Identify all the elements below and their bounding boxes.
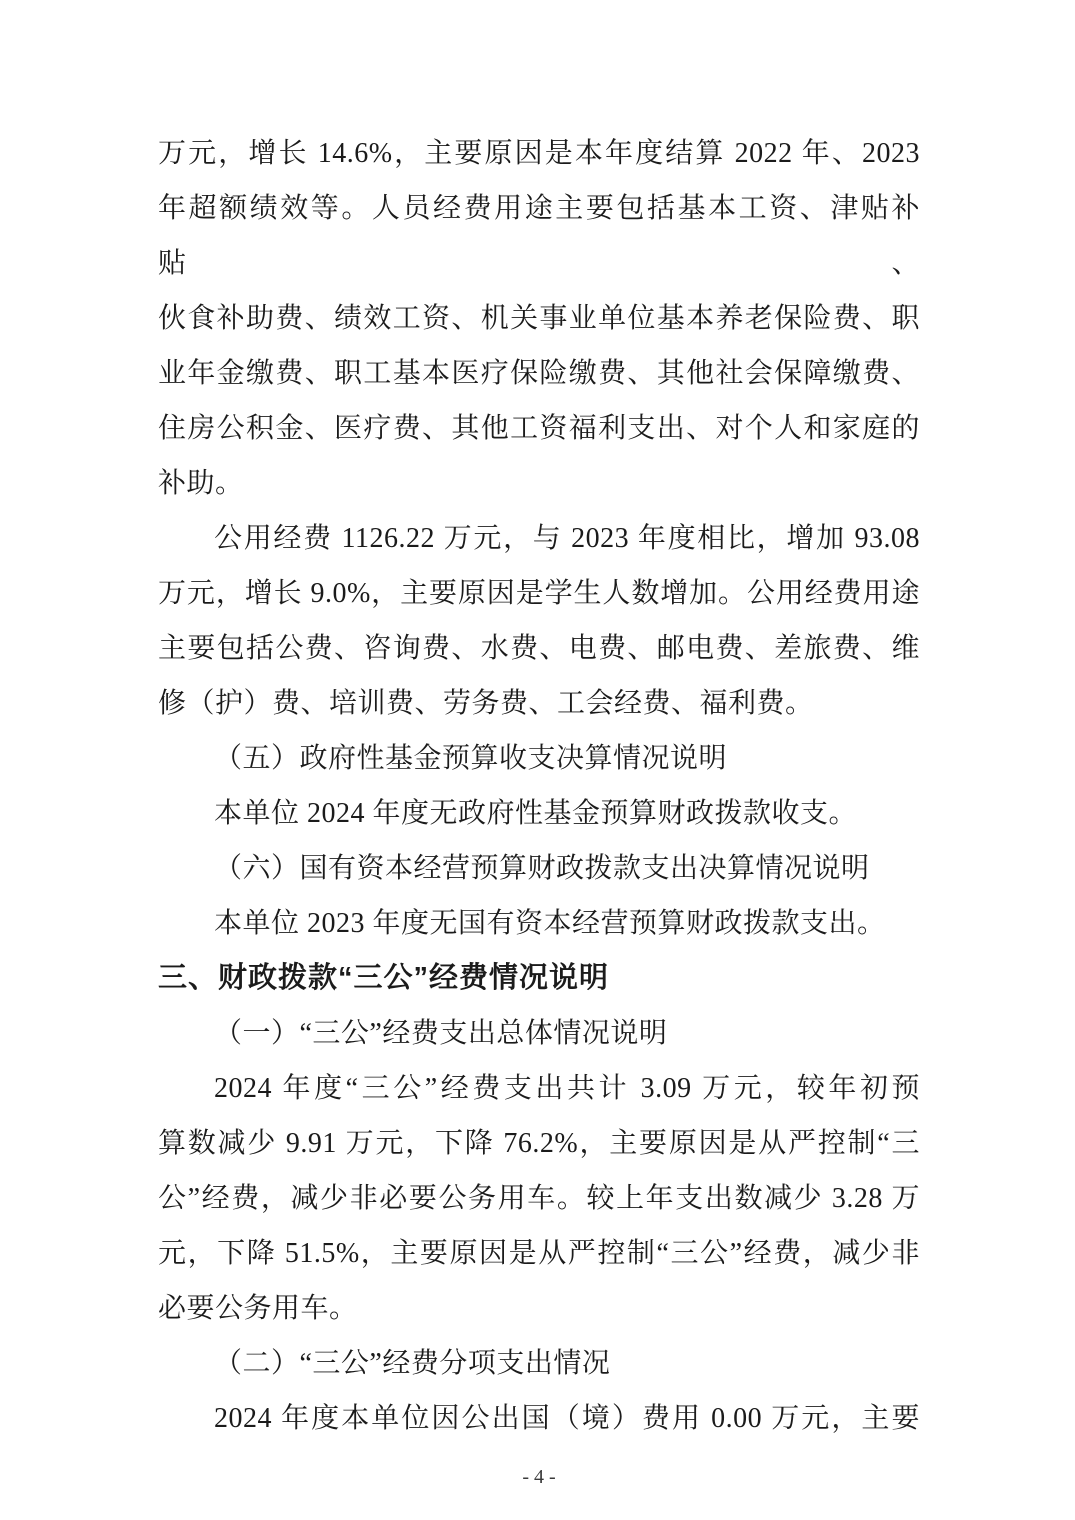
paragraph-line: 年超额绩效等。人员经费用途主要包括基本工资、津贴补贴、 (158, 181, 920, 291)
paragraph-line: 元，下降 51.5%，主要原因是从严控制“三公”经费，减少非 (158, 1226, 920, 1281)
paragraph-line: 本单位 2024 年度无政府性基金预算财政拨款收支。 (158, 786, 920, 841)
document-page: 万元，增长 14.6%，主要原因是本年度结算 2022 年、2023年超额绩效等… (0, 0, 1075, 1520)
paragraph-line: 业年金缴费、职工基本医疗保险缴费、其他社会保障缴费、 (158, 346, 920, 401)
paragraph-line: 2024 年度本单位因公出国（境）费用 0.00 万元，主要 (158, 1391, 920, 1446)
paragraph-line: 本单位 2023 年度无国有资本经营预算财政拨款支出。 (158, 896, 920, 951)
paragraph-line: 必要公务用车。 (158, 1281, 920, 1336)
paragraph-line: 2024 年度“三公”经费支出共计 3.09 万元，较年初预 (158, 1061, 920, 1116)
paragraph-line: 万元，增长 14.6%，主要原因是本年度结算 2022 年、2023 (158, 126, 920, 181)
paragraph-line: 算数减少 9.91 万元，下降 76.2%，主要原因是从严控制“三 (158, 1116, 920, 1171)
paragraph-line: 住房公积金、医疗费、其他工资福利支出、对个人和家庭的 (158, 401, 920, 456)
paragraph-line: 公用经费 1126.22 万元，与 2023 年度相比，增加 93.08 (158, 511, 920, 566)
paragraph-line: 公”经费，减少非必要公务用车。较上年支出数减少 3.28 万 (158, 1171, 920, 1226)
paragraph-line: （一）“三公”经费支出总体情况说明 (158, 1006, 920, 1061)
paragraph-line: 万元，增长 9.0%，主要原因是学生人数增加。公用经费用途 (158, 566, 920, 621)
document-body: 万元，增长 14.6%，主要原因是本年度结算 2022 年、2023年超额绩效等… (158, 126, 920, 1446)
paragraph-line: 主要包括公费、咨询费、水费、电费、邮电费、差旅费、维 (158, 621, 920, 676)
paragraph-line: 修（护）费、培训费、劳务费、工会经费、福利费。 (158, 676, 920, 731)
page-number: - 4 - (158, 1462, 920, 1492)
paragraph-line: （二）“三公”经费分项支出情况 (158, 1336, 920, 1391)
paragraph-line: （六）国有资本经营预算财政拨款支出决算情况说明 (158, 841, 920, 896)
section-heading: 三、财政拨款“三公”经费情况说明 (158, 951, 920, 1006)
paragraph-line: 补助。 (158, 456, 920, 511)
paragraph-line: （五）政府性基金预算收支决算情况说明 (158, 731, 920, 786)
paragraph-line: 伙食补助费、绩效工资、机关事业单位基本养老保险费、职 (158, 291, 920, 346)
